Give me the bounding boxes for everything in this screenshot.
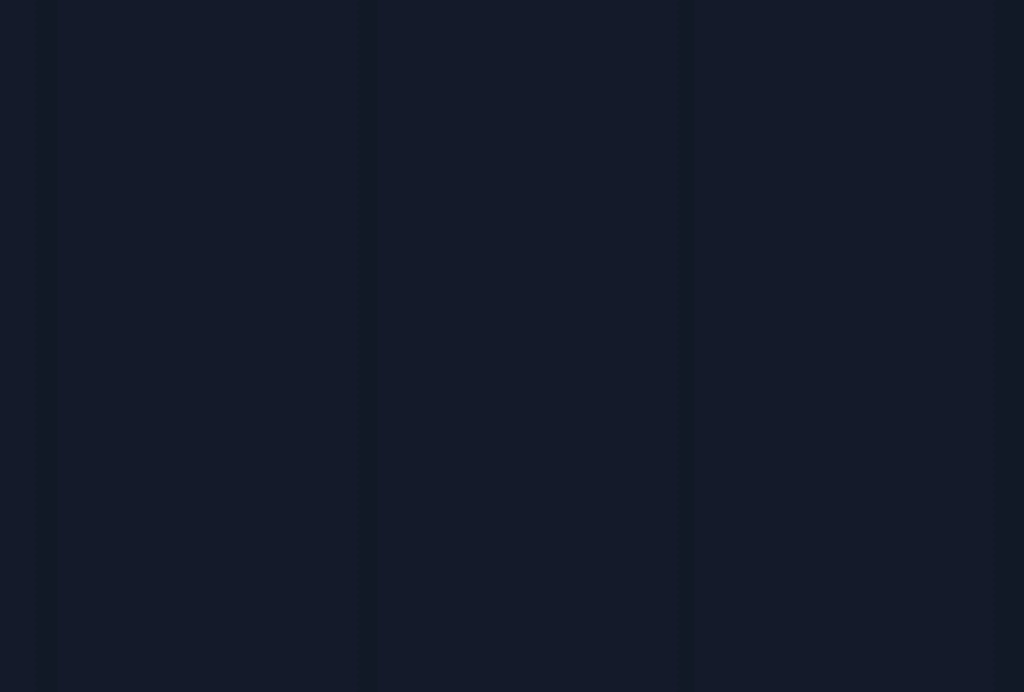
stockbook-strip bbox=[360, 0, 378, 692]
stockbook-strip bbox=[996, 0, 1024, 692]
stockbook-strip bbox=[38, 0, 58, 692]
stockbook-strip bbox=[680, 0, 694, 692]
